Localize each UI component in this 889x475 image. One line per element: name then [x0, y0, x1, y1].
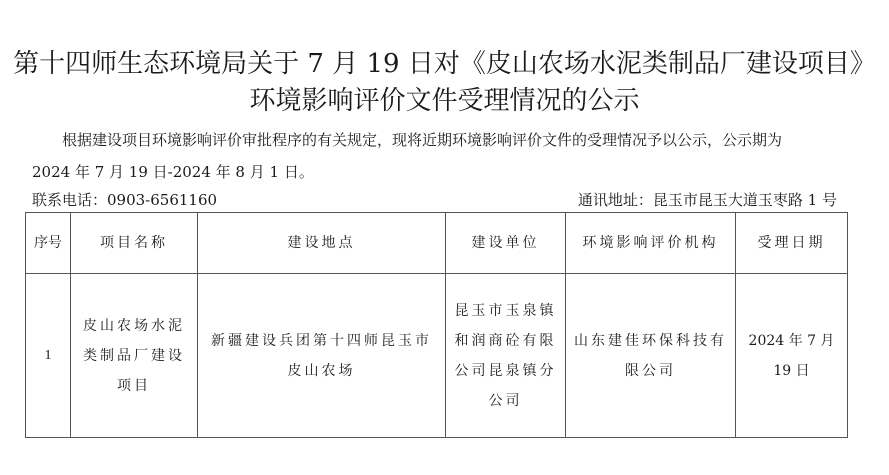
header-eia-agency: 环境影响评价机构	[566, 213, 736, 274]
contact-address: 通讯地址：昆玉市昆玉大道玉枣路 1 号	[578, 188, 837, 212]
header-location: 建设地点	[198, 213, 446, 274]
contact-phone: 联系电话：0903-6561160	[32, 188, 217, 212]
intro-paragraph-line-2: 2024 年 7 月 19 日-2024 年 8 月 1 日。	[32, 156, 862, 188]
cell-eia-agency: 山东建佳环保科技有限公司	[566, 274, 736, 438]
header-index: 序号	[26, 213, 71, 274]
header-project-name: 项目名称	[71, 213, 198, 274]
eia-acceptance-table: 序号 项目名称 建设地点 建设单位 环境影响评价机构 受理日期 1 皮山农场水泥…	[25, 212, 848, 438]
cell-builder: 昆玉市玉泉镇和润商砼有限公司昆泉镇分公司	[446, 274, 566, 438]
cell-location: 新疆建设兵团第十四师昆玉市皮山农场	[198, 274, 446, 438]
header-builder: 建设单位	[446, 213, 566, 274]
document-title-line-2: 环境影响评价文件受理情况的公示	[0, 86, 889, 116]
cell-date: 2024 年 7 月 19 日	[736, 274, 848, 438]
cell-index: 1	[26, 274, 71, 438]
header-date: 受理日期	[736, 213, 848, 274]
intro-paragraph-line-1: 根据建设项目环境影响评价审批程序的有关规定，现将近期环境影响评价文件的受理情况予…	[32, 124, 862, 156]
cell-project-name: 皮山农场水泥类制品厂建设项目	[71, 274, 198, 438]
table-row: 1 皮山农场水泥类制品厂建设项目 新疆建设兵团第十四师昆玉市皮山农场 昆玉市玉泉…	[26, 274, 848, 438]
document-title-line-1: 第十四师生态环境局关于 7 月 19 日对《皮山农场水泥类制品厂建设项目》	[0, 49, 889, 79]
table-header-row: 序号 项目名称 建设地点 建设单位 环境影响评价机构 受理日期	[26, 213, 848, 274]
